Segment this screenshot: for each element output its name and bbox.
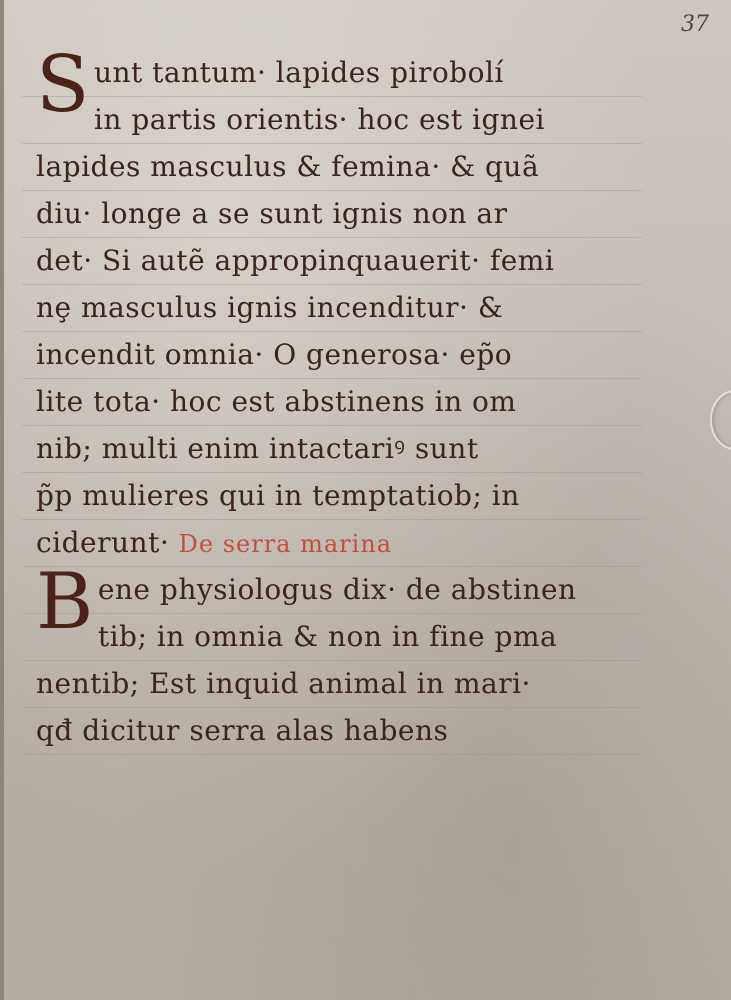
line-text: ene physiologus dix· de abstinen: [98, 573, 577, 606]
line-text: qđ dicitur serra alas habens: [36, 714, 448, 747]
line-text: incendit omnia· O generosa· ep̃o: [36, 338, 512, 371]
line-text: unt tantum· lapides pirobolí: [94, 56, 504, 89]
text-line: B ene physiologus dix· de abstinen: [22, 567, 642, 614]
text-line: nib; multi enim intactariꝰ sunt: [22, 426, 642, 473]
line-text: lapides masculus & femina· & quã: [36, 150, 539, 183]
text-line: incendit omnia· O generosa· ep̃o: [22, 332, 642, 379]
text-line: qđ dicitur serra alas habens: [22, 708, 642, 755]
line-text: diu· longe a se sunt ignis non ar: [36, 197, 508, 230]
rubric-heading: De serra marina: [179, 530, 392, 558]
line-text: nȩ masculus ignis incenditur· &: [36, 291, 503, 324]
text-line: lite tota· hoc est abstinens in om: [22, 379, 642, 426]
text-line: lapides masculus & femina· & quã: [22, 144, 642, 191]
folio-number: 37: [681, 12, 709, 37]
line-text: nentib; Est inquid animal in mari·: [36, 667, 531, 700]
line-text: lite tota· hoc est abstinens in om: [36, 385, 516, 418]
text-line: diu· longe a se sunt ignis non ar: [22, 191, 642, 238]
line-text: p̃p mulieres qui in temptatiob; in: [36, 479, 520, 512]
text-line: nentib; Est inquid animal in mari·: [22, 661, 642, 708]
line-text: in partis orientis· hoc est ignei: [94, 103, 545, 136]
text-line: S unt tantum· lapides pirobolí: [22, 50, 642, 97]
text-line: nȩ masculus ignis incenditur· &: [22, 285, 642, 332]
text-line: ciderunt· De serra marina: [22, 520, 642, 567]
text-line: in partis orientis· hoc est ignei: [22, 97, 642, 144]
parchment-hole: [710, 390, 731, 450]
text-block: S unt tantum· lapides pirobolí in partis…: [22, 50, 642, 755]
line-text: ciderunt·: [36, 526, 169, 559]
text-line: tib; in omnia & non in fine pma: [22, 614, 642, 661]
text-line: det· Si autẽ appropinquauerit· femi: [22, 238, 642, 285]
line-text: tib; in omnia & non in fine pma: [98, 620, 557, 653]
text-line: p̃p mulieres qui in temptatiob; in: [22, 473, 642, 520]
manuscript-folio: 37 S unt tantum· lapides pirobolí in par…: [0, 0, 731, 1000]
line-text: nib; multi enim intactariꝰ sunt: [36, 432, 479, 465]
line-text: det· Si autẽ appropinquauerit· femi: [36, 244, 554, 277]
